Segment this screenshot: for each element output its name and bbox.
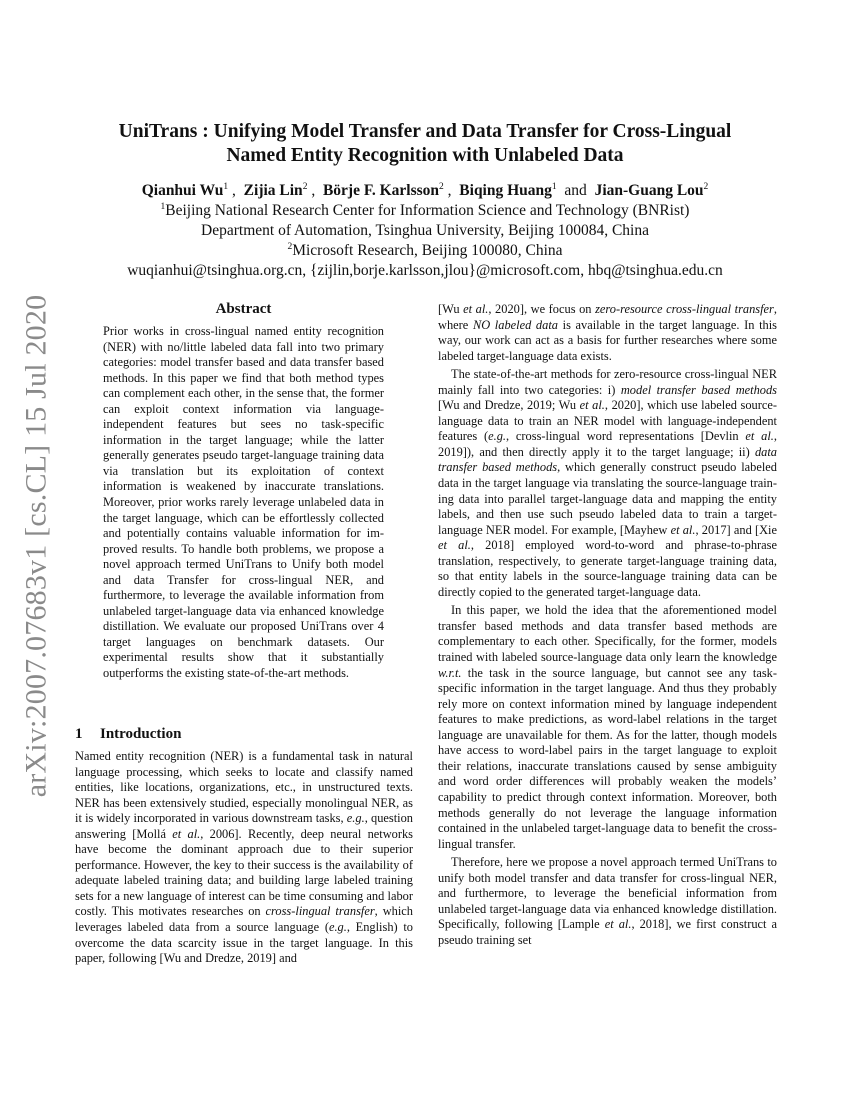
right-paragraph-3: In this paper, we hold the idea that the…	[438, 603, 777, 852]
right-paragraph-1: [Wu et al., 2020], we focus on zero-reso…	[438, 302, 777, 364]
author-emails: wuqianhui@tsinghua.org.cn, {zijlin,borje…	[0, 261, 850, 281]
affiliation-line: 2Microsoft Research, Beijing 100080, Chi…	[0, 241, 850, 261]
author-conjunction: and	[564, 182, 586, 199]
section-title: Introduction	[100, 726, 181, 742]
abstract-text: Prior works in cross-lingual named entit…	[103, 324, 384, 682]
title-line-2: Named Entity Recognition with Unlabeled …	[226, 145, 623, 166]
arxiv-identifier-stamp: arXiv:2007.07683v1 [cs.CL] 15 Jul 2020	[16, 300, 56, 792]
paper-title: UniTrans : Unifying Model Transfer and D…	[0, 120, 850, 168]
author-name: Qianhui Wu	[142, 182, 224, 199]
author-name: Börje F. Karlsson	[323, 182, 439, 199]
introduction-left-column: Named entity recognition (NER) is a fund…	[75, 749, 413, 967]
author-affiliation-mark: 2	[704, 182, 709, 192]
intro-paragraph-1: Named entity recognition (NER) is a fund…	[75, 749, 413, 967]
author-affiliation-mark: 2	[303, 182, 308, 192]
affiliation-text: Beijing National Research Center for Inf…	[165, 202, 689, 219]
paper-header: UniTrans : Unifying Model Transfer and D…	[0, 120, 850, 281]
title-line-1: UniTrans : Unifying Model Transfer and D…	[119, 121, 732, 142]
right-column: [Wu et al., 2020], we focus on zero-reso…	[438, 302, 777, 948]
author-name: Jian-Guang Lou	[595, 182, 704, 199]
abstract-section: Prior works in cross-lingual named entit…	[103, 324, 384, 682]
author-affiliation-mark: 1	[552, 182, 557, 192]
author-affiliation-mark: 2	[439, 182, 444, 192]
author-affiliation-mark: 1	[223, 182, 228, 192]
section-number: 1	[75, 726, 100, 743]
arxiv-stamp-text: arXiv:2007.07683v1 [cs.CL] 15 Jul 2020	[19, 295, 53, 798]
author-name: Biqing Huang	[459, 182, 552, 199]
section-heading-introduction: 1Introduction	[75, 726, 181, 743]
affiliation-text: Department of Automation, Tsinghua Unive…	[201, 222, 649, 239]
affiliation-line: Department of Automation, Tsinghua Unive…	[0, 221, 850, 241]
right-paragraph-2: The state-of-the-art methods for zero-re…	[438, 367, 777, 600]
right-paragraph-4: Therefore, here we propose a novel appro…	[438, 855, 777, 948]
author-list: Qianhui Wu1 , Zijia Lin2 , Börje F. Karl…	[0, 181, 850, 201]
affiliation-line: 1Beijing National Research Center for In…	[0, 201, 850, 221]
affiliation-text: Microsoft Research, Beijing 100080, Chin…	[292, 242, 562, 259]
abstract-heading: Abstract	[103, 301, 384, 318]
author-name: Zijia Lin	[244, 182, 303, 199]
